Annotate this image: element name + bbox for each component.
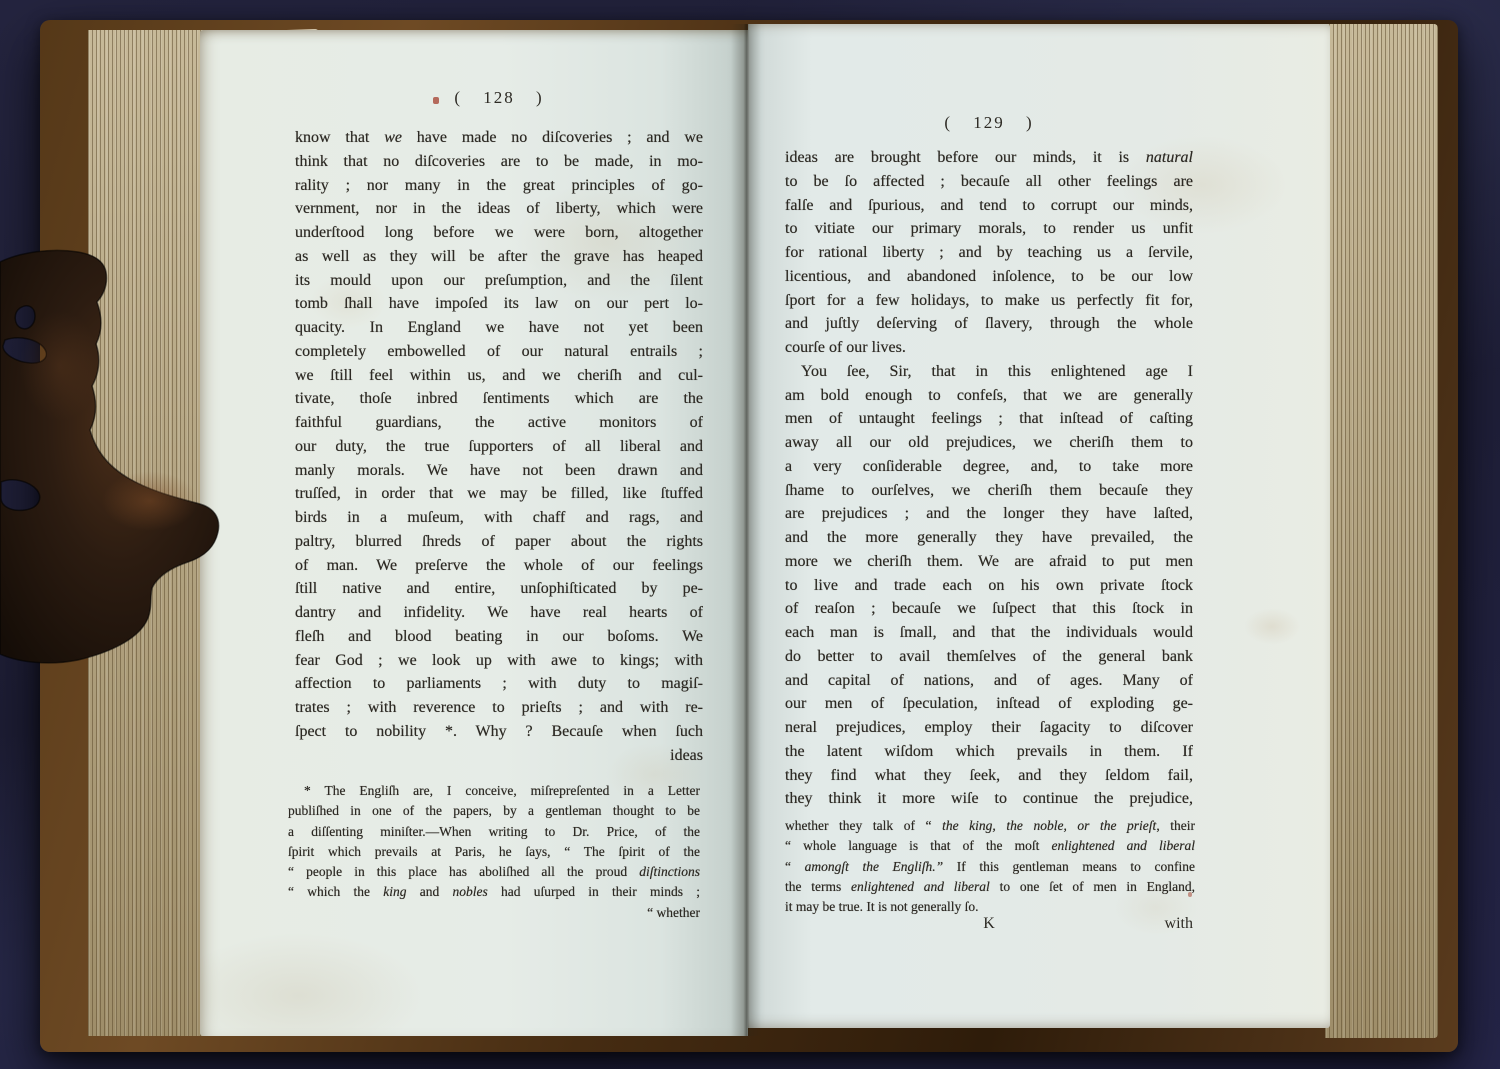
text-line: truſſed, in order that we may be filled,…: [295, 482, 703, 506]
signature-mark: K: [921, 915, 1057, 933]
text-line: our men of ſpeculation, inſtead of explo…: [785, 692, 1193, 716]
text-line: rality ; nor many in the great principle…: [295, 174, 703, 198]
text-line: ſtill native and entire, unſophiſticated…: [295, 577, 703, 601]
text-line: its mould upon our preſumption, and the …: [295, 269, 703, 293]
text-line: * The Engliſh are, I conceive, miſrepreſ…: [288, 781, 700, 801]
catchword: with: [1057, 915, 1193, 933]
text-line: our duty, the true ſupporters of all lib…: [295, 435, 703, 459]
text-line: ideas are brought before our minds, it i…: [785, 146, 1193, 170]
text-line: quacity. In England we have not yet been: [295, 316, 703, 340]
right-page-number: ( 129 ): [785, 113, 1193, 133]
text-line: the latent wiſdom which prevails in them…: [785, 740, 1193, 764]
text-line: courſe of our lives.: [785, 336, 1193, 360]
text-line: trates ; with reverence to prieſts ; and…: [295, 696, 703, 720]
text-line: “ amongſt the Engliſh.” If this gentlema…: [785, 857, 1195, 877]
text-line: “ people in this place has aboliſhed all…: [288, 862, 700, 882]
text-line: do better to avail themſelves of the gen…: [785, 645, 1193, 669]
text-line: to live and trade each on his own privat…: [785, 574, 1193, 598]
text-line: as well as they will be after the grave …: [295, 245, 703, 269]
text-line: faithful guardians, the active monitors …: [295, 411, 703, 435]
text-line: for rational liberty ; and by teaching u…: [785, 241, 1193, 265]
right-page-footnote: whether they talk of “ the king, the nob…: [785, 816, 1195, 917]
text-line: tivate, thoſe inbred ſentiments which ar…: [295, 387, 703, 411]
text-line: “ which the king and nobles had uſurped …: [288, 882, 700, 902]
text-line: know that we have made no diſcoveries ; …: [295, 126, 703, 150]
text-line: each man is ſmall, and that the individu…: [785, 621, 1193, 645]
text-line: licentious, and abandoned inſolence, to …: [785, 265, 1193, 289]
text-line: they think it more wiſe to continue the …: [785, 787, 1193, 811]
red-fleck-small: [1188, 892, 1192, 897]
right-page-text: ideas are brought before our minds, it i…: [785, 146, 1193, 811]
text-line: ſpect to nobility *. Why ? Becauſe when …: [295, 720, 703, 744]
text-line: ſport for a few holidays, to make us per…: [785, 289, 1193, 313]
text-line: manly morals. We have not been drawn and: [295, 459, 703, 483]
text-line: whether they talk of “ the king, the nob…: [785, 816, 1195, 836]
text-line: away all our old prejudices, we cheriſh …: [785, 431, 1193, 455]
left-page-footnote: * The Engliſh are, I conceive, miſrepreſ…: [288, 781, 700, 923]
text-line: we ſtill feel within us, and we cheriſh …: [295, 364, 703, 388]
text-line: and juſtly deſerving of ſlavery, through…: [785, 312, 1193, 336]
text-line: they find what they ſeek, and they ſeldo…: [785, 764, 1193, 788]
text-line: vernment, nor in the ideas of liberty, w…: [295, 197, 703, 221]
book-clasp: [0, 246, 232, 676]
text-line: of man. We preſerve the whole of our fee…: [295, 554, 703, 578]
gutter-shadow: [731, 24, 761, 1036]
text-line: underſtood long before we were born, alt…: [295, 221, 703, 245]
text-line: a very conſiderable degree, and, to take…: [785, 455, 1193, 479]
text-line: tomb ſhall have impoſed its law on our p…: [295, 292, 703, 316]
text-line: fleſh and blood beating in our boſoms. W…: [295, 625, 703, 649]
text-line: neral prejudices, employ their ſagacity …: [785, 716, 1193, 740]
text-line: paltry, blurred ſhreds of paper about th…: [295, 530, 703, 554]
text-line: more we cheriſh them. We are afraid to p…: [785, 550, 1193, 574]
red-fleck: [433, 97, 439, 104]
text-line: think that no diſcoveries are to be made…: [295, 150, 703, 174]
text-line: and capital of nations, and of ages. Man…: [785, 669, 1193, 693]
text-line: the terms enlightened and liberal to one…: [785, 877, 1195, 897]
text-line: birds in a muſeum, with chaff and rags, …: [295, 506, 703, 530]
photo-background: ( 128 ) know that we have made no diſcov…: [0, 0, 1500, 1069]
text-line: “ whether: [288, 903, 700, 923]
text-line: completely embowelled of our natural ent…: [295, 340, 703, 364]
text-line: am bold enough to confeſs, that we are g…: [785, 384, 1193, 408]
text-line: You ſee, Sir, that in this enlightened a…: [785, 360, 1193, 384]
signature-row: K with: [785, 915, 1193, 933]
text-line: falſe and ſpurious, and tend to corrupt …: [785, 194, 1193, 218]
right-page: ( 129 ) ideas are brought before our min…: [748, 24, 1330, 1028]
left-page: ( 128 ) know that we have made no diſcov…: [200, 30, 748, 1036]
text-line: “ whole language is that of the moſt enl…: [785, 836, 1195, 856]
left-page-number: ( 128 ): [295, 88, 703, 108]
text-line: are prejudices ; and the longer they hav…: [785, 502, 1193, 526]
text-line: to vitiate our primary morals, to render…: [785, 217, 1193, 241]
text-line: ſhame to ourſelves, we cheriſh them beca…: [785, 479, 1193, 503]
text-line: men of untaught feelings ; that inſtead …: [785, 407, 1193, 431]
text-line: and the more generally they have prevail…: [785, 526, 1193, 550]
text-line: publiſhed in one of the papers, by a gen…: [288, 801, 700, 821]
text-line: of reaſon ; becauſe we ſuſpect that this…: [785, 597, 1193, 621]
spacer: [785, 915, 921, 933]
left-page-text: know that we have made no diſcoveries ; …: [295, 126, 703, 767]
text-line: ſpirit which prevails at Paris, he ſays,…: [288, 842, 700, 862]
text-line: a diſſenting miniſter.—When writing to D…: [288, 822, 700, 842]
text-line: fear God ; we look up with awe to kings;…: [295, 649, 703, 673]
text-line: to be ſo affected ; becauſe all other fe…: [785, 170, 1193, 194]
text-line: affection to parliaments ; with duty to …: [295, 672, 703, 696]
text-line: dantry and infidelity. We have real hear…: [295, 601, 703, 625]
text-line: ideas: [295, 744, 703, 768]
page-edges-right: [1325, 24, 1438, 1038]
